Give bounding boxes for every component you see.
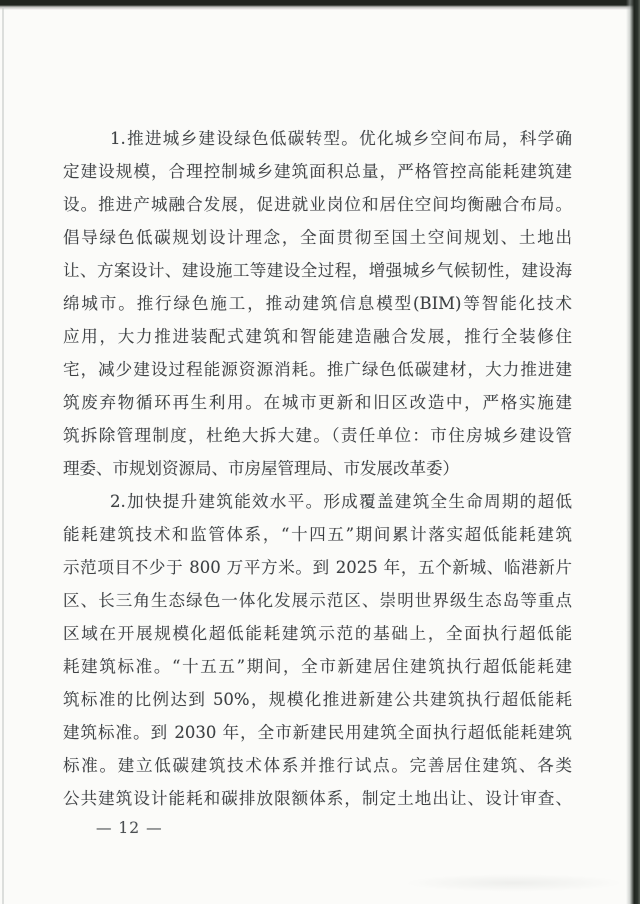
text-line: 宅，减少建设过程能源资源消耗。推广绿色低碳建材，大力推进建 bbox=[63, 353, 572, 386]
scan-edge-right bbox=[626, 0, 640, 904]
scan-page: 1.推进城乡建设绿色低碳转型。优化城乡空间布局，科学确定建设规模，合理控制城乡建… bbox=[0, 0, 640, 904]
text-line: 建筑标准。到 2030 年，全市新建民用建筑全面执行超低能耗建筑 bbox=[63, 716, 572, 749]
text-line: 标准。建立低碳建筑技术体系并推行试点。完善居住建筑、各类 bbox=[63, 749, 572, 782]
text-line: 定建设规模，合理控制城乡建筑面积总量，严格管控高能耗建筑建 bbox=[63, 155, 572, 188]
text-line: 筑拆除管理制度，杜绝大拆大建。（责任单位：市住房城乡建设管 bbox=[63, 419, 572, 452]
page-number: — 12 — bbox=[96, 817, 163, 839]
text-line: 理委、市规划资源局、市房屋管理局、市发展改革委） bbox=[63, 452, 572, 485]
scan-edge-top bbox=[0, 0, 640, 10]
text-line: 耗建筑标准。“十五五”期间，全市新建居住建筑执行超低能耗建 bbox=[63, 650, 572, 683]
text-line: 应用，大力推进装配式建筑和智能建造融合发展，推行全装修住 bbox=[63, 320, 572, 353]
text-line: 倡导绿色低碳规划设计理念，全面贯彻至国土空间规划、土地出 bbox=[63, 221, 572, 254]
text-line: 区、长三角生态绿色一体化发展示范区、崇明世界级生态岛等重点 bbox=[63, 584, 572, 617]
text-line: 筑标准的比例达到 50%，规模化推进新建公共建筑执行超低能耗 bbox=[63, 683, 572, 716]
text-line: 设。推进产城融合发展，促进就业岗位和居住空间均衡融合布局。 bbox=[63, 188, 572, 221]
scan-smudge bbox=[404, 874, 624, 892]
scan-edge-left bbox=[2, 8, 4, 904]
text-line: 区域在开展规模化超低能耗建筑示范的基础上，全面执行超低能 bbox=[63, 617, 572, 650]
text-line: 绵城市。推行绿色施工，推动建筑信息模型(BIM)等智能化技术 bbox=[63, 287, 572, 320]
text-line: 公共建筑设计能耗和碳排放限额体系，制定土地出让、设计审查、 bbox=[63, 782, 572, 815]
document-body: 1.推进城乡建设绿色低碳转型。优化城乡空间布局，科学确定建设规模，合理控制城乡建… bbox=[63, 122, 572, 815]
text-line: 能耗建筑技术和监管体系，“十四五”期间累计落实超低能耗建筑 bbox=[63, 518, 572, 551]
text-line: 让、方案设计、建设施工等建设全过程，增强城乡气候韧性，建设海 bbox=[63, 254, 572, 287]
text-line: 示范项目不少于 800 万平方米。到 2025 年，五个新城、临港新片 bbox=[63, 551, 572, 584]
text-line: 1.推进城乡建设绿色低碳转型。优化城乡空间布局，科学确 bbox=[63, 122, 572, 155]
text-line: 筑废弃物循环再生利用。在城市更新和旧区改造中，严格实施建 bbox=[63, 386, 572, 419]
text-line: 2.加快提升建筑能效水平。形成覆盖建筑全生命周期的超低 bbox=[63, 485, 572, 518]
